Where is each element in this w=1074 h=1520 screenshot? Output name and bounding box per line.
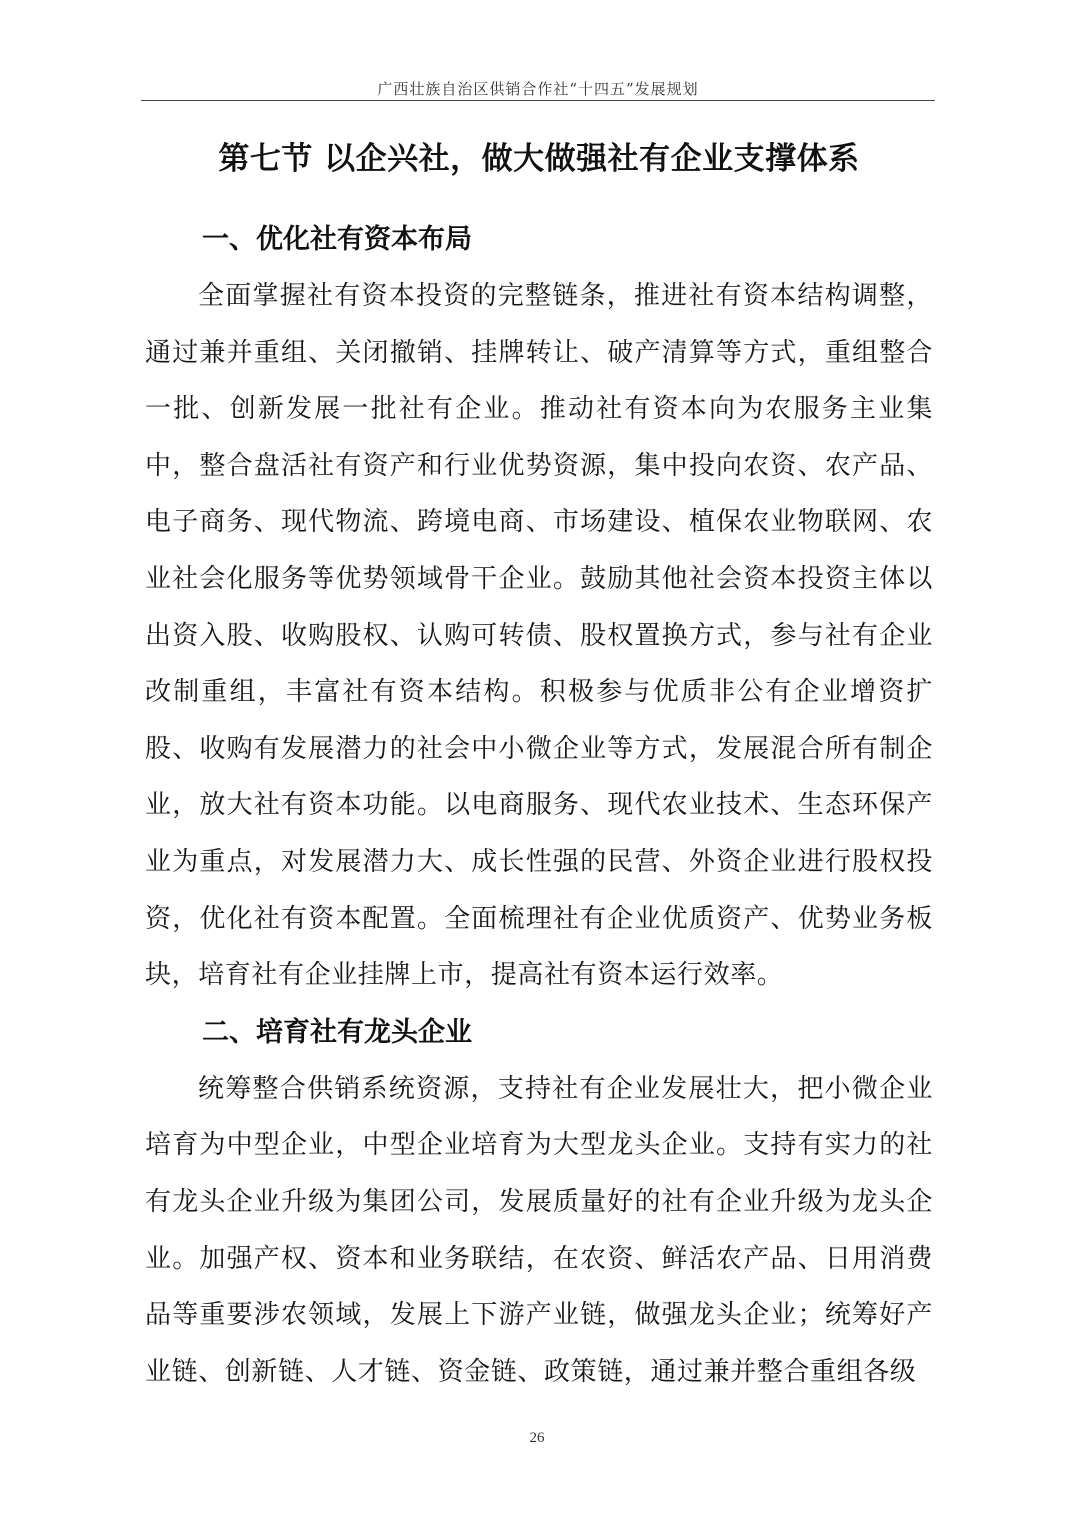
page-content: 第七节 以企兴社，做大做强社有企业支撑体系 一、优化社有资本布局 全面掌握社有资… xyxy=(145,128,933,1400)
subsection-optimize-capital-layout: 一、优化社有资本布局 全面掌握社有资本投资的完整链条，推进社有资本结构调整，通过… xyxy=(145,211,933,1004)
page-number: 26 xyxy=(0,1430,1074,1447)
running-header: 广西壮族自治区供销合作社“十四五”发展规划 xyxy=(140,78,936,99)
subsection-heading: 一、优化社有资本布局 xyxy=(145,211,933,268)
body-paragraph: 统筹整合供销系统资源，支持社有企业发展壮大，把小微企业培育为中型企业，中型企业培… xyxy=(145,1061,933,1401)
subsection-cultivate-leading-enterprises: 二、培育社有龙头企业 统筹整合供销系统资源，支持社有企业发展壮大，把小微企业培育… xyxy=(145,1004,933,1401)
section-title: 第七节 以企兴社，做大做强社有企业支撑体系 xyxy=(145,128,933,190)
document-page: 广西壮族自治区供销合作社“十四五”发展规划 第七节 以企兴社，做大做强社有企业支… xyxy=(0,0,1074,1520)
header-divider xyxy=(141,100,935,101)
subsection-heading: 二、培育社有龙头企业 xyxy=(145,1004,933,1061)
body-paragraph: 全面掌握社有资本投资的完整链条，推进社有资本结构调整，通过兼并重组、关闭撤销、挂… xyxy=(145,268,933,1004)
